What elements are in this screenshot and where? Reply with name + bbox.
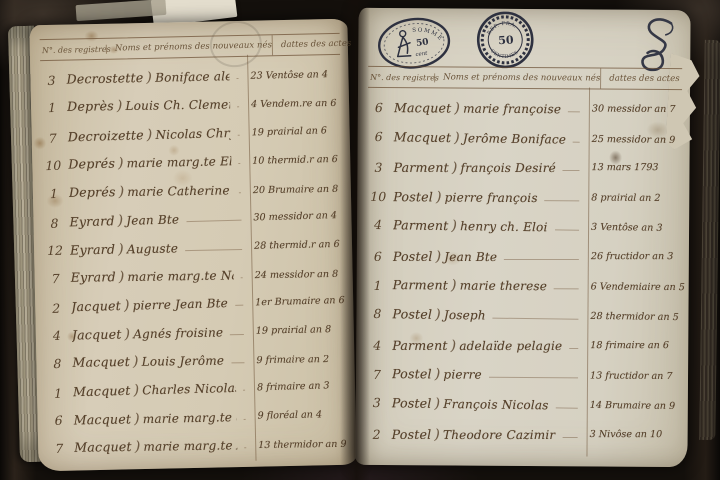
name-separator-mark: ) xyxy=(146,70,152,86)
register-row: 8 postel)Joseph 28 thermidor an 5 xyxy=(366,299,680,333)
oval-stamp-unit: cent xyxy=(415,50,428,58)
register-number: 1 xyxy=(367,278,389,293)
given-names: marie Catherine prudence xyxy=(127,182,232,198)
surname: Eyrard xyxy=(70,241,115,257)
name-cell: Decrostette)Boniface alexis xyxy=(66,68,229,87)
register-row: 4 parment)adelaïde pelagie 18 frimaire a… xyxy=(366,331,680,361)
filler-line xyxy=(230,333,244,335)
name-separator-mark: ) xyxy=(451,218,457,234)
register-number: 2 xyxy=(366,427,388,442)
name-cell: Macquet)marie françoise xyxy=(394,100,561,117)
column-header-names: Noms et prénoms des nouveaux nés xyxy=(107,40,272,53)
given-names: marie marg.te Elizabeth xyxy=(127,154,232,171)
name-cell: postel)Jean Bte xyxy=(393,249,497,265)
filler-line xyxy=(493,317,579,320)
name-cell: Eyrard)Auguste xyxy=(70,240,178,258)
surname: Eyrard xyxy=(71,269,116,285)
filler-line xyxy=(244,418,246,420)
surname: Macquet xyxy=(74,439,132,455)
register-number: 10 xyxy=(367,189,389,204)
surname: parment xyxy=(393,217,449,233)
surname: Jacquet xyxy=(72,326,122,342)
name-separator-mark: ) xyxy=(147,127,153,143)
register-row: 10 postel)pierre françois 8 prairial an … xyxy=(367,182,681,214)
filler-line xyxy=(562,435,577,437)
name-separator-mark: ) xyxy=(451,278,457,294)
register-number: 4 xyxy=(367,218,389,233)
given-names: marie françoise xyxy=(463,101,561,116)
name-separator-mark: ) xyxy=(119,184,125,200)
surname: postel xyxy=(393,189,433,204)
given-names: Jean Bte xyxy=(126,213,179,228)
name-cell: parment)adelaïde pelagie xyxy=(392,337,562,353)
name-cell: postel)pierre françois xyxy=(393,189,538,206)
act-date: 14 Brumaire an 9 xyxy=(586,400,680,412)
name-separator-mark: ) xyxy=(454,129,460,145)
filler-line xyxy=(238,134,240,136)
act-date: 9 floréal an 4 xyxy=(253,409,347,422)
surname: Jacquet xyxy=(71,298,121,314)
name-cell: parment)françois Desiré xyxy=(393,160,555,176)
column-header-dates: dattes des actes xyxy=(272,34,352,56)
given-names: marie marg.te agnés xyxy=(143,409,237,426)
act-date: 23 Ventôse an 4 xyxy=(246,69,340,82)
name-separator-mark: ) xyxy=(118,241,124,257)
register-row: 7 Macquet)marie marg.te Agnés 13 thermid… xyxy=(48,430,348,463)
name-cell: Decroizette)Nicolas Chrysostome xyxy=(68,125,231,145)
register-number: 1 xyxy=(43,185,65,200)
name-separator-mark: ) xyxy=(436,189,442,205)
filler-line xyxy=(239,191,241,193)
act-date: 28 thermidor an 5 xyxy=(586,311,680,323)
register-row: 6 postel)Jean Bte 26 fructidor an 3 xyxy=(367,242,681,272)
act-date: 30 messidor an 7 xyxy=(588,104,682,116)
act-date: 25 messidor an 9 xyxy=(588,134,682,146)
act-date: 1er Brumaire an 6 xyxy=(251,295,345,309)
act-date: 13 thermidor an 9 xyxy=(254,438,348,450)
given-names: Jerôme Boniface xyxy=(463,131,566,146)
register-row: 2 postel)Theodore Cazimir 3 Nivôse an 10 xyxy=(366,419,680,449)
name-separator-mark: ) xyxy=(434,396,440,412)
name-separator-mark: ) xyxy=(119,269,125,285)
given-names: marie therese xyxy=(460,279,547,294)
act-date: 3 Nivôse an 10 xyxy=(586,429,680,440)
surname: Deprés xyxy=(68,156,115,172)
register-number: 8 xyxy=(43,215,65,231)
surname: postel xyxy=(392,426,432,441)
given-names: marie marg.te Nataly xyxy=(127,268,233,284)
name-cell: Eyrard)Jean Bte xyxy=(69,212,179,231)
table-body-right: 6 Macquet)marie françoise 30 messidor an… xyxy=(366,93,682,450)
register-page-right: SOMME 50 cent REP. FRA. 50 CENTIME xyxy=(355,8,690,467)
register-table-left: N°. des registres Noms et prénoms des no… xyxy=(40,33,349,465)
name-cell: Macquet)Louis Jerôme xyxy=(72,353,224,371)
act-date: 3 Ventôse an 3 xyxy=(587,223,681,235)
given-names: Charles Nicolas xyxy=(142,381,236,398)
act-date: 19 prairial an 8 xyxy=(252,324,346,337)
name-separator-mark: ) xyxy=(117,99,123,115)
act-date: 24 messidor an 8 xyxy=(251,268,345,280)
filler-line xyxy=(244,446,246,448)
name-separator-mark: ) xyxy=(434,426,440,442)
table-header-right: N°. des registres Noms et prénoms des no… xyxy=(368,66,682,90)
given-names: François Nicolas xyxy=(443,397,549,412)
filler-line xyxy=(555,229,580,231)
name-cell: Macquet)Charles Nicolas xyxy=(73,380,236,400)
filler-line xyxy=(568,110,580,112)
register-row: 6 Macquet)Jerôme Boniface 25 messidor an… xyxy=(368,122,682,156)
register-number: 1 xyxy=(41,100,63,115)
register-row: 7 postel)pierre 13 fructidor an 7 xyxy=(366,359,680,391)
register-table-right: N°. des registres Noms et prénoms des no… xyxy=(365,66,682,457)
register-number: 6 xyxy=(368,100,390,115)
surname: parment xyxy=(392,337,447,352)
given-names: henry ch. Eloi xyxy=(460,219,548,234)
act-date: 13 mars 1793 xyxy=(587,163,681,174)
filler-line xyxy=(556,406,578,408)
given-names: pierre Jean Bte xyxy=(132,296,228,313)
name-separator-mark: ) xyxy=(133,354,139,370)
name-separator-mark: ) xyxy=(133,383,139,399)
name-cell: Macquet)marie marg.te agnés xyxy=(73,409,236,428)
surname: Macquet xyxy=(394,100,452,115)
act-date: 13 fructidor an 7 xyxy=(586,370,680,382)
act-date: 9 frimaire an 2 xyxy=(252,353,346,365)
name-cell: Deprés)marie marg.te Elizabeth xyxy=(68,154,231,173)
register-row: 6 Macquet)marie françoise 30 messidor an… xyxy=(368,93,682,125)
act-date: 30 messidor an 4 xyxy=(249,210,343,224)
name-cell: postel)Theodore Cazimir xyxy=(392,426,556,442)
filler-line xyxy=(569,347,578,349)
given-names: pierre françois xyxy=(445,190,538,205)
given-names: Louis Ch. Clement xyxy=(125,98,230,114)
register-number: 4 xyxy=(366,338,388,353)
name-separator-mark: ) xyxy=(451,337,457,353)
name-cell: Jacquet)pierre Jean Bte xyxy=(71,295,228,315)
register-number: 3 xyxy=(367,160,389,175)
surname: postel xyxy=(392,306,432,322)
register-number: 8 xyxy=(46,355,68,370)
name-separator-mark: ) xyxy=(435,307,441,323)
act-date: 20 Brumaire an 8 xyxy=(249,183,343,195)
register-number: 2 xyxy=(45,300,67,316)
name-separator-mark: ) xyxy=(135,439,141,455)
given-names: Nicolas Chrysostome xyxy=(155,125,231,142)
name-cell: Macquet)Jerôme Boniface xyxy=(394,129,567,147)
name-cell: Deprès)Louis Ch. Clement xyxy=(67,97,230,115)
given-names: Joseph xyxy=(444,308,486,323)
surname: Macquet xyxy=(73,383,131,400)
register-number: 6 xyxy=(47,413,69,428)
name-cell: postel)François Nicolas xyxy=(392,395,549,413)
given-names: adelaïde pelagie xyxy=(459,338,562,352)
surname: parment xyxy=(393,160,448,175)
column-header-register-number: N°. des registres xyxy=(40,44,107,54)
name-separator-mark: ) xyxy=(452,160,458,176)
register-number: 3 xyxy=(40,72,62,87)
surname: Macquet xyxy=(394,129,452,145)
name-separator-mark: ) xyxy=(124,298,130,314)
table-header-left: N°. des registres Noms et prénoms des no… xyxy=(40,33,340,61)
name-separator-mark: ) xyxy=(124,326,130,342)
filler-line xyxy=(554,288,579,290)
register-page-left: N°. des registres Noms et prénoms des no… xyxy=(29,19,356,472)
table-body-left: 3 Decrostette)Boniface alexis 23 Ventôse… xyxy=(40,60,348,464)
name-separator-mark: ) xyxy=(435,367,441,383)
act-date: 19 prairial an 6 xyxy=(248,124,342,138)
name-cell: parment)marie therese xyxy=(393,277,548,294)
register-row: 3 postel)François Nicolas 14 Brumaire an… xyxy=(366,388,680,422)
oval-stamp-value: 50 xyxy=(416,37,430,49)
column-header-dates: dattes des actes xyxy=(600,69,682,90)
register-number: 7 xyxy=(48,441,70,456)
given-names: françois Desiré xyxy=(461,161,556,175)
filler-line xyxy=(545,199,580,201)
register-number: 10 xyxy=(42,158,64,173)
name-separator-mark: ) xyxy=(118,156,124,172)
given-names: pierre xyxy=(443,368,482,382)
given-names: Louis Jerôme xyxy=(142,354,225,369)
surname: Macquet xyxy=(72,354,130,370)
filler-line xyxy=(185,248,242,251)
surname: Decroizette xyxy=(68,127,144,144)
register-number: 6 xyxy=(368,129,390,144)
filler-line xyxy=(504,258,579,260)
register-number: 6 xyxy=(367,249,389,264)
filler-line xyxy=(241,276,243,278)
filler-line xyxy=(573,140,580,142)
given-names: Jean Bte xyxy=(444,250,497,264)
name-cell: Macquet)marie marg.te Agnés xyxy=(74,438,237,456)
column-header-names: Noms et prénoms des nouveaux nés xyxy=(435,72,600,83)
filler-line xyxy=(243,389,245,391)
name-separator-mark: ) xyxy=(436,249,442,265)
register-number: 3 xyxy=(366,395,388,410)
filler-line xyxy=(489,376,578,379)
round-stamp-value: 50 xyxy=(498,33,514,47)
surname: postel xyxy=(393,249,433,264)
act-date: 6 Vendemiaire an 5 xyxy=(587,281,681,293)
given-names: Agnés froisine xyxy=(133,325,223,341)
act-date: 4 Vendem.re an 6 xyxy=(247,98,341,110)
surname: parment xyxy=(393,277,449,292)
filler-line xyxy=(231,361,244,363)
name-cell: postel)pierre xyxy=(392,366,482,383)
name-cell: Deprés)marie Catherine prudence xyxy=(69,182,232,200)
filler-line xyxy=(237,106,239,108)
register-row: 1 parment)marie therese 6 Vendemiaire an… xyxy=(367,270,681,302)
name-cell: postel)Joseph xyxy=(392,306,486,323)
register-number: 7 xyxy=(45,270,67,285)
act-date: 8 frimaire an 3 xyxy=(253,380,347,394)
register-number: 1 xyxy=(47,385,69,401)
register-number: 7 xyxy=(42,130,64,146)
surname: Macquet xyxy=(73,411,131,427)
stamp-zone: SOMME 50 cent REP. FRA. 50 CENTIME xyxy=(358,8,690,68)
name-separator-mark: ) xyxy=(134,411,140,427)
given-names: Auguste xyxy=(127,241,179,256)
surname: Eyrard xyxy=(69,213,115,229)
act-date: 10 thermid.r an 6 xyxy=(248,154,342,167)
name-separator-mark: ) xyxy=(454,100,460,116)
register-number: 12 xyxy=(44,243,66,258)
name-cell: Jacquet)Agnés froisine xyxy=(72,324,224,343)
surname: Decrostette xyxy=(66,70,143,87)
name-separator-mark: ) xyxy=(117,213,123,229)
register-number: 8 xyxy=(366,306,388,321)
surname: postel xyxy=(392,366,432,381)
filler-line xyxy=(235,304,243,306)
given-names: Theodore Cazimir xyxy=(443,427,555,441)
act-date: 28 thermid.r an 6 xyxy=(250,239,344,252)
filler-line xyxy=(186,219,241,222)
name-cell: parment)henry ch. Eloi xyxy=(393,217,548,235)
name-cell: Eyrard)marie marg.te Nataly xyxy=(71,267,234,285)
column-header-register-number: N°. des registres xyxy=(368,72,435,81)
register-number: 4 xyxy=(46,328,68,343)
surname: Deprés xyxy=(69,184,116,200)
filler-line xyxy=(238,162,240,164)
given-names: Boniface alexis xyxy=(155,69,230,85)
act-date: 26 fructidor an 3 xyxy=(587,251,681,262)
register-row: 3 parment)françois Desiré 13 mars 1793 xyxy=(367,153,681,183)
page-edge-stack-right xyxy=(699,40,720,440)
filler-line xyxy=(236,77,238,79)
filler-line xyxy=(563,169,580,171)
surname: Deprès xyxy=(67,99,114,115)
register-row: 4 parment)henry ch. Eloi 3 Ventôse an 3 xyxy=(367,210,681,244)
act-date: 18 frimaire an 6 xyxy=(586,340,680,351)
register-scan-spread: N°. des registres Noms et prénoms des no… xyxy=(0,0,720,480)
surname: postel xyxy=(392,395,432,411)
act-date: 8 prairial an 2 xyxy=(587,193,681,205)
given-names: marie marg.te Agnés xyxy=(143,438,237,454)
register-number: 7 xyxy=(366,367,388,382)
